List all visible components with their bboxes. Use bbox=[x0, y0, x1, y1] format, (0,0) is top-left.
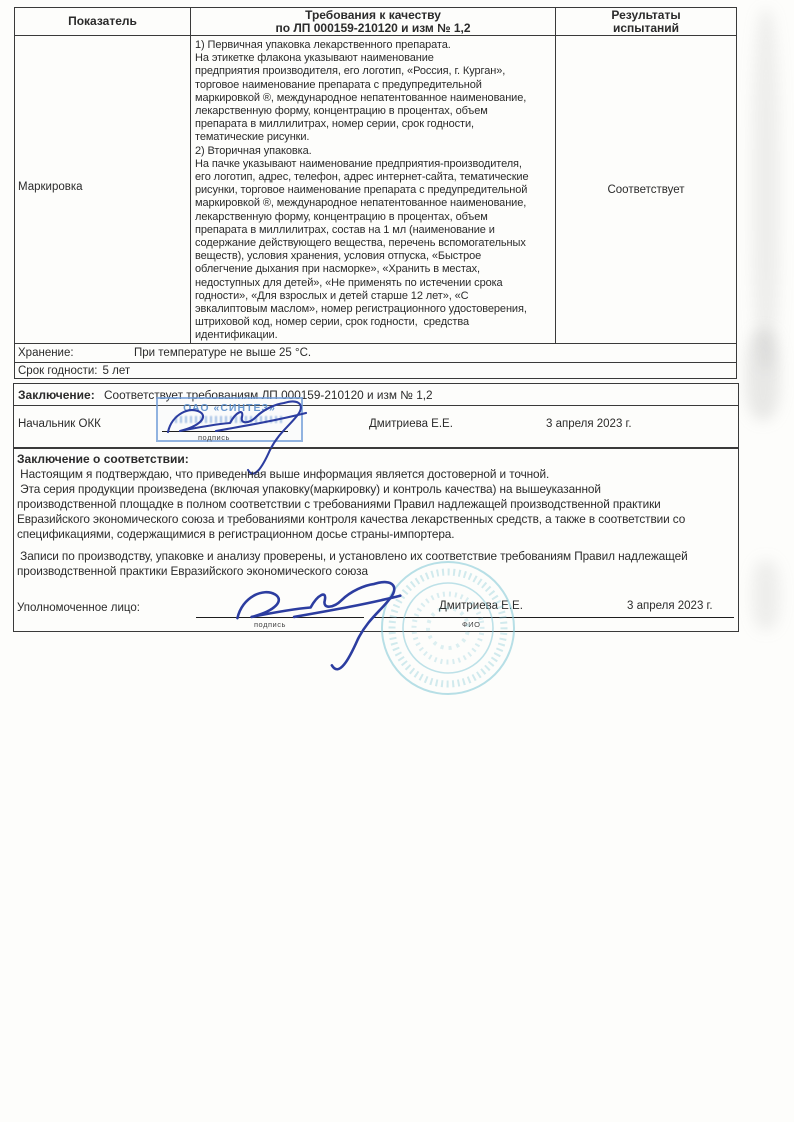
scan-artifact bbox=[746, 330, 780, 420]
header-cell-indicator: Показатель bbox=[15, 8, 191, 36]
handwritten-signature-authorized bbox=[228, 578, 443, 683]
cell-indicator-marking: Маркировка bbox=[15, 36, 191, 344]
scan-artifact bbox=[752, 10, 780, 370]
storage-label: Хранение: bbox=[15, 347, 74, 359]
compliance-paragraph-2: Эта серия продукции произведена (включая… bbox=[17, 482, 733, 542]
storage-value: При температуре не выше 25 °С. bbox=[134, 347, 311, 359]
scan-artifact bbox=[752, 560, 780, 630]
cell-result-marking: Соответствует bbox=[556, 36, 736, 344]
shelf-life-value: 5 лет bbox=[98, 365, 131, 377]
shelf-life-label: Срок годности: bbox=[15, 365, 98, 377]
okk-name: Дмитриева Е.Е. bbox=[369, 418, 453, 430]
result-value: Соответствует bbox=[556, 36, 736, 196]
column-header-requirements-line1: Требования к качеству bbox=[191, 9, 555, 23]
cell-requirements-marking: 1) Первичная упаковка лекарственного пре… bbox=[191, 36, 556, 344]
marking-label: Маркировка bbox=[15, 36, 190, 193]
table-header-row: Показатель Требования к качеству по ЛП 0… bbox=[15, 8, 736, 36]
conclusion-box: Заключение: Соответствует требованиям ЛП… bbox=[13, 383, 739, 406]
quality-table: Показатель Требования к качеству по ЛП 0… bbox=[14, 7, 737, 379]
authorized-person-role: Уполномоченное лицо: bbox=[17, 602, 140, 614]
column-header-results-line2: испытаний bbox=[556, 22, 736, 36]
authorized-person-date: 3 апреля 2023 г. bbox=[627, 600, 713, 612]
conclusion-label: Заключение: bbox=[14, 388, 95, 402]
table-row-shelf-life: Срок годности: 5 лет bbox=[15, 363, 736, 379]
compliance-paragraph-1: Настоящим я подтверждаю, что приведенная… bbox=[17, 467, 733, 482]
okk-date: 3 апреля 2023 г. bbox=[546, 418, 632, 430]
compliance-title: Заключение о соответствии: bbox=[17, 452, 189, 466]
table-row-marking: Маркировка 1) Первичная упаковка лекарст… bbox=[15, 36, 736, 344]
header-cell-requirements: Требования к качеству по ЛП 000159-21012… bbox=[191, 8, 556, 36]
okk-signature-row: Начальник ОКК Дмитриева Е.Е. 3 апреля 20… bbox=[13, 405, 739, 448]
column-header-results-line1: Результаты bbox=[556, 9, 736, 23]
okk-role: Начальник ОКК bbox=[18, 418, 101, 430]
scanned-quality-certificate-page: Показатель Требования к качеству по ЛП 0… bbox=[0, 0, 794, 1122]
column-header-requirements-line2: по ЛП 000159-210120 и изм № 1,2 bbox=[191, 22, 555, 36]
header-cell-results: Результаты испытаний bbox=[556, 8, 736, 36]
table-row-storage: Хранение: При температуре не выше 25 °С. bbox=[15, 344, 736, 363]
column-header-indicator: Показатель bbox=[15, 15, 190, 29]
